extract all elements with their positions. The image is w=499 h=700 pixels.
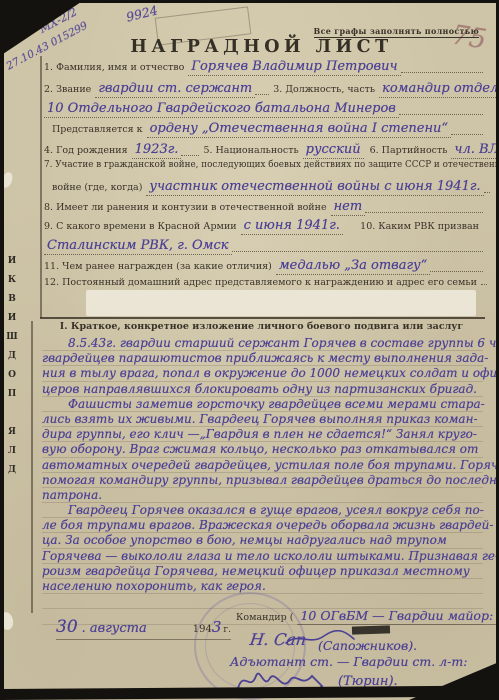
commander-name: (Сапожников). bbox=[318, 638, 417, 653]
service-label: 9. С какого времени в Красной Армии bbox=[44, 221, 237, 232]
war-label-1: 7. Участие в гражданской войне, последую… bbox=[44, 160, 499, 170]
birth-label: 4. Год рождения bbox=[44, 145, 128, 156]
binding-margin-text: И К В И Ш Д О П Я Л Д bbox=[5, 252, 19, 480]
name-value: Горячев Владимир Петрович bbox=[188, 59, 400, 76]
dotted-leader bbox=[232, 251, 483, 252]
awards-label: 11. Чем ранее награжден (за какие отличи… bbox=[44, 261, 272, 272]
field-position-cont-row: 10 Отдельного Гвардейского батальона Мин… bbox=[44, 101, 483, 118]
war-value: участник отечественной войны с июня 1941… bbox=[146, 179, 483, 196]
address-label: 12. Постоянный домашний адрес представля… bbox=[44, 277, 477, 288]
wounds-value: нет bbox=[331, 199, 366, 216]
left-fold-line-lower bbox=[31, 321, 33, 613]
party-value: чл. ВЛКСМ bbox=[451, 142, 499, 159]
dotted-leader bbox=[399, 114, 483, 115]
dotted-leader bbox=[181, 155, 199, 156]
feat-line: Горячева — выкололи глаза и тело исколол… bbox=[42, 549, 483, 564]
field-wounds-row: 8. Имеет ли ранения и контузии в отечест… bbox=[44, 199, 483, 216]
field-service-rvk-row: 9. С какого времени в Красной Армии с ию… bbox=[44, 218, 483, 235]
field-awards-row: 11. Чем ранее награжден (за какие отличи… bbox=[44, 258, 483, 275]
field-rvk-value-row: Сталинским РВК, г. Омск bbox=[44, 238, 483, 255]
date-day: 30 bbox=[56, 617, 78, 637]
feat-line: роизм гвардейца Горячева, немецкий офице… bbox=[42, 564, 483, 579]
dotted-leader bbox=[484, 192, 490, 193]
feat-line: 8.5.43г. гвардии старший сержант Горячев… bbox=[42, 336, 483, 351]
dotted-leader bbox=[255, 94, 269, 95]
rank-label: 2. Звание bbox=[44, 84, 91, 95]
field-birth-nat-party-row: 4. Год рождения 1923г. 5. Национальность… bbox=[44, 142, 483, 159]
date-year-typed: 194 bbox=[193, 624, 212, 635]
blacked-out-rank-note bbox=[352, 625, 390, 634]
left-fold-line-upper bbox=[40, 56, 42, 318]
awards-value: медалью „За отвагу“ bbox=[276, 258, 430, 275]
rank-value: гвардии ст. сержант bbox=[95, 81, 255, 98]
feat-line: вую оборону. Враг сжимая кольцо, несколь… bbox=[42, 442, 483, 457]
dotted-leader bbox=[365, 212, 483, 213]
commander-typed-label: Командир ( bbox=[236, 612, 293, 623]
feat-section-heading: I. Краткое, конкретное изложение личного… bbox=[40, 321, 483, 332]
document-title: НАГРАДНОЙ ЛИСТ bbox=[40, 37, 483, 57]
redacted-address-area bbox=[86, 290, 476, 316]
field-rank-position-row: 2. Звание гвардии ст. сержант 3. Должнос… bbox=[44, 81, 483, 98]
dotted-leader bbox=[401, 72, 483, 73]
rvk-label: 10. Каким РВК призван bbox=[360, 221, 479, 232]
dotted-leader bbox=[481, 284, 487, 285]
service-value: с июня 1941г. bbox=[241, 218, 343, 235]
date-year-hand: 3 bbox=[212, 618, 222, 636]
commander-row: Командир ( 10 ОГвБМ — Гвардии майор: bbox=[236, 608, 485, 625]
feat-line: помогая командиру группы, призывал гвард… bbox=[42, 473, 483, 488]
date-row: 30 . августа 194 3 г. bbox=[56, 617, 231, 640]
field-war-row-1: 7. Участие в гражданской войне, последую… bbox=[44, 160, 483, 170]
war-label-2: войне (где, когда) bbox=[44, 182, 142, 193]
nationality-label: 5. Национальность bbox=[203, 145, 298, 156]
field-nominated-row: Представляется к ордену „Отечественная в… bbox=[44, 121, 483, 138]
feat-line: ца. За особое упорство в бою, немцы надр… bbox=[42, 533, 483, 548]
feat-line: гвардейцев парашютистов приближаясь к ме… bbox=[42, 351, 483, 366]
wounds-label: 8. Имеет ли ранения и контузии в отечест… bbox=[44, 202, 327, 213]
position-label: 3. Должность, часть bbox=[273, 84, 375, 95]
feat-line: ния в тылу врага, попал в окружение до 1… bbox=[42, 366, 483, 381]
nominated-label: Представляется к bbox=[44, 124, 143, 135]
dotted-leader bbox=[451, 134, 483, 135]
feat-line: автоматных очередей гвардейцев, устилая … bbox=[42, 458, 483, 473]
feat-narrative: 8.5.43г. гвардии старший сержант Горячев… bbox=[42, 336, 483, 625]
name-label: 1. Фамилия, имя и отчество bbox=[44, 62, 184, 73]
rvk-value: Сталинским РВК, г. Омск bbox=[44, 238, 232, 255]
dotted-leader bbox=[430, 271, 483, 272]
nationality-value: русский bbox=[303, 142, 364, 159]
field-address-row: 12. Постоянный домашний адрес представля… bbox=[44, 277, 483, 288]
birth-value: 1923г. bbox=[132, 142, 182, 159]
feat-line: Гвардеец Горячев оказался в гуще врагов,… bbox=[42, 503, 483, 518]
feat-line: Фашисты заметив горсточку гвардейцев все… bbox=[42, 397, 483, 412]
feat-line: лись взять их живыми. Гвардеец Горячев в… bbox=[42, 412, 483, 427]
nominated-value: ордену „Отечественная война I степени“ bbox=[147, 121, 451, 138]
feat-line: патрона. bbox=[42, 488, 483, 503]
date-month: . августа bbox=[82, 621, 147, 636]
feat-line: церов направлявшихся блокировать одну из… bbox=[42, 382, 483, 397]
field-war-row-2: войне (где, когда) участник отечественно… bbox=[44, 179, 483, 196]
scan-edge bbox=[0, 0, 4, 700]
section-separator-line bbox=[40, 317, 485, 319]
scan-edge bbox=[0, 0, 499, 3]
feat-line: ле боя трупами врагов. Вражеская очередь… bbox=[42, 518, 483, 533]
date-year-suffix: г. bbox=[223, 625, 231, 635]
field-name-row: 1. Фамилия, имя и отчество Горячев Влади… bbox=[44, 59, 483, 76]
registry-note-3: 9924 bbox=[125, 2, 159, 24]
document-paper: МХ-2/2 27.10.43 015299 9924 75 Все графы… bbox=[0, 0, 499, 700]
feat-line: населению похоронить, как героя. bbox=[42, 579, 483, 594]
position-value: командир отделения bbox=[379, 81, 499, 98]
position-value-2: 10 Отдельного Гвардейского батальона Мин… bbox=[44, 101, 399, 118]
commander-hand-text: 10 ОГвБМ — Гвардии майор: bbox=[297, 608, 496, 625]
party-label: 6. Партийность bbox=[370, 145, 448, 156]
feat-line: дира группы, его клич —„Гвардия в плен н… bbox=[42, 427, 483, 442]
